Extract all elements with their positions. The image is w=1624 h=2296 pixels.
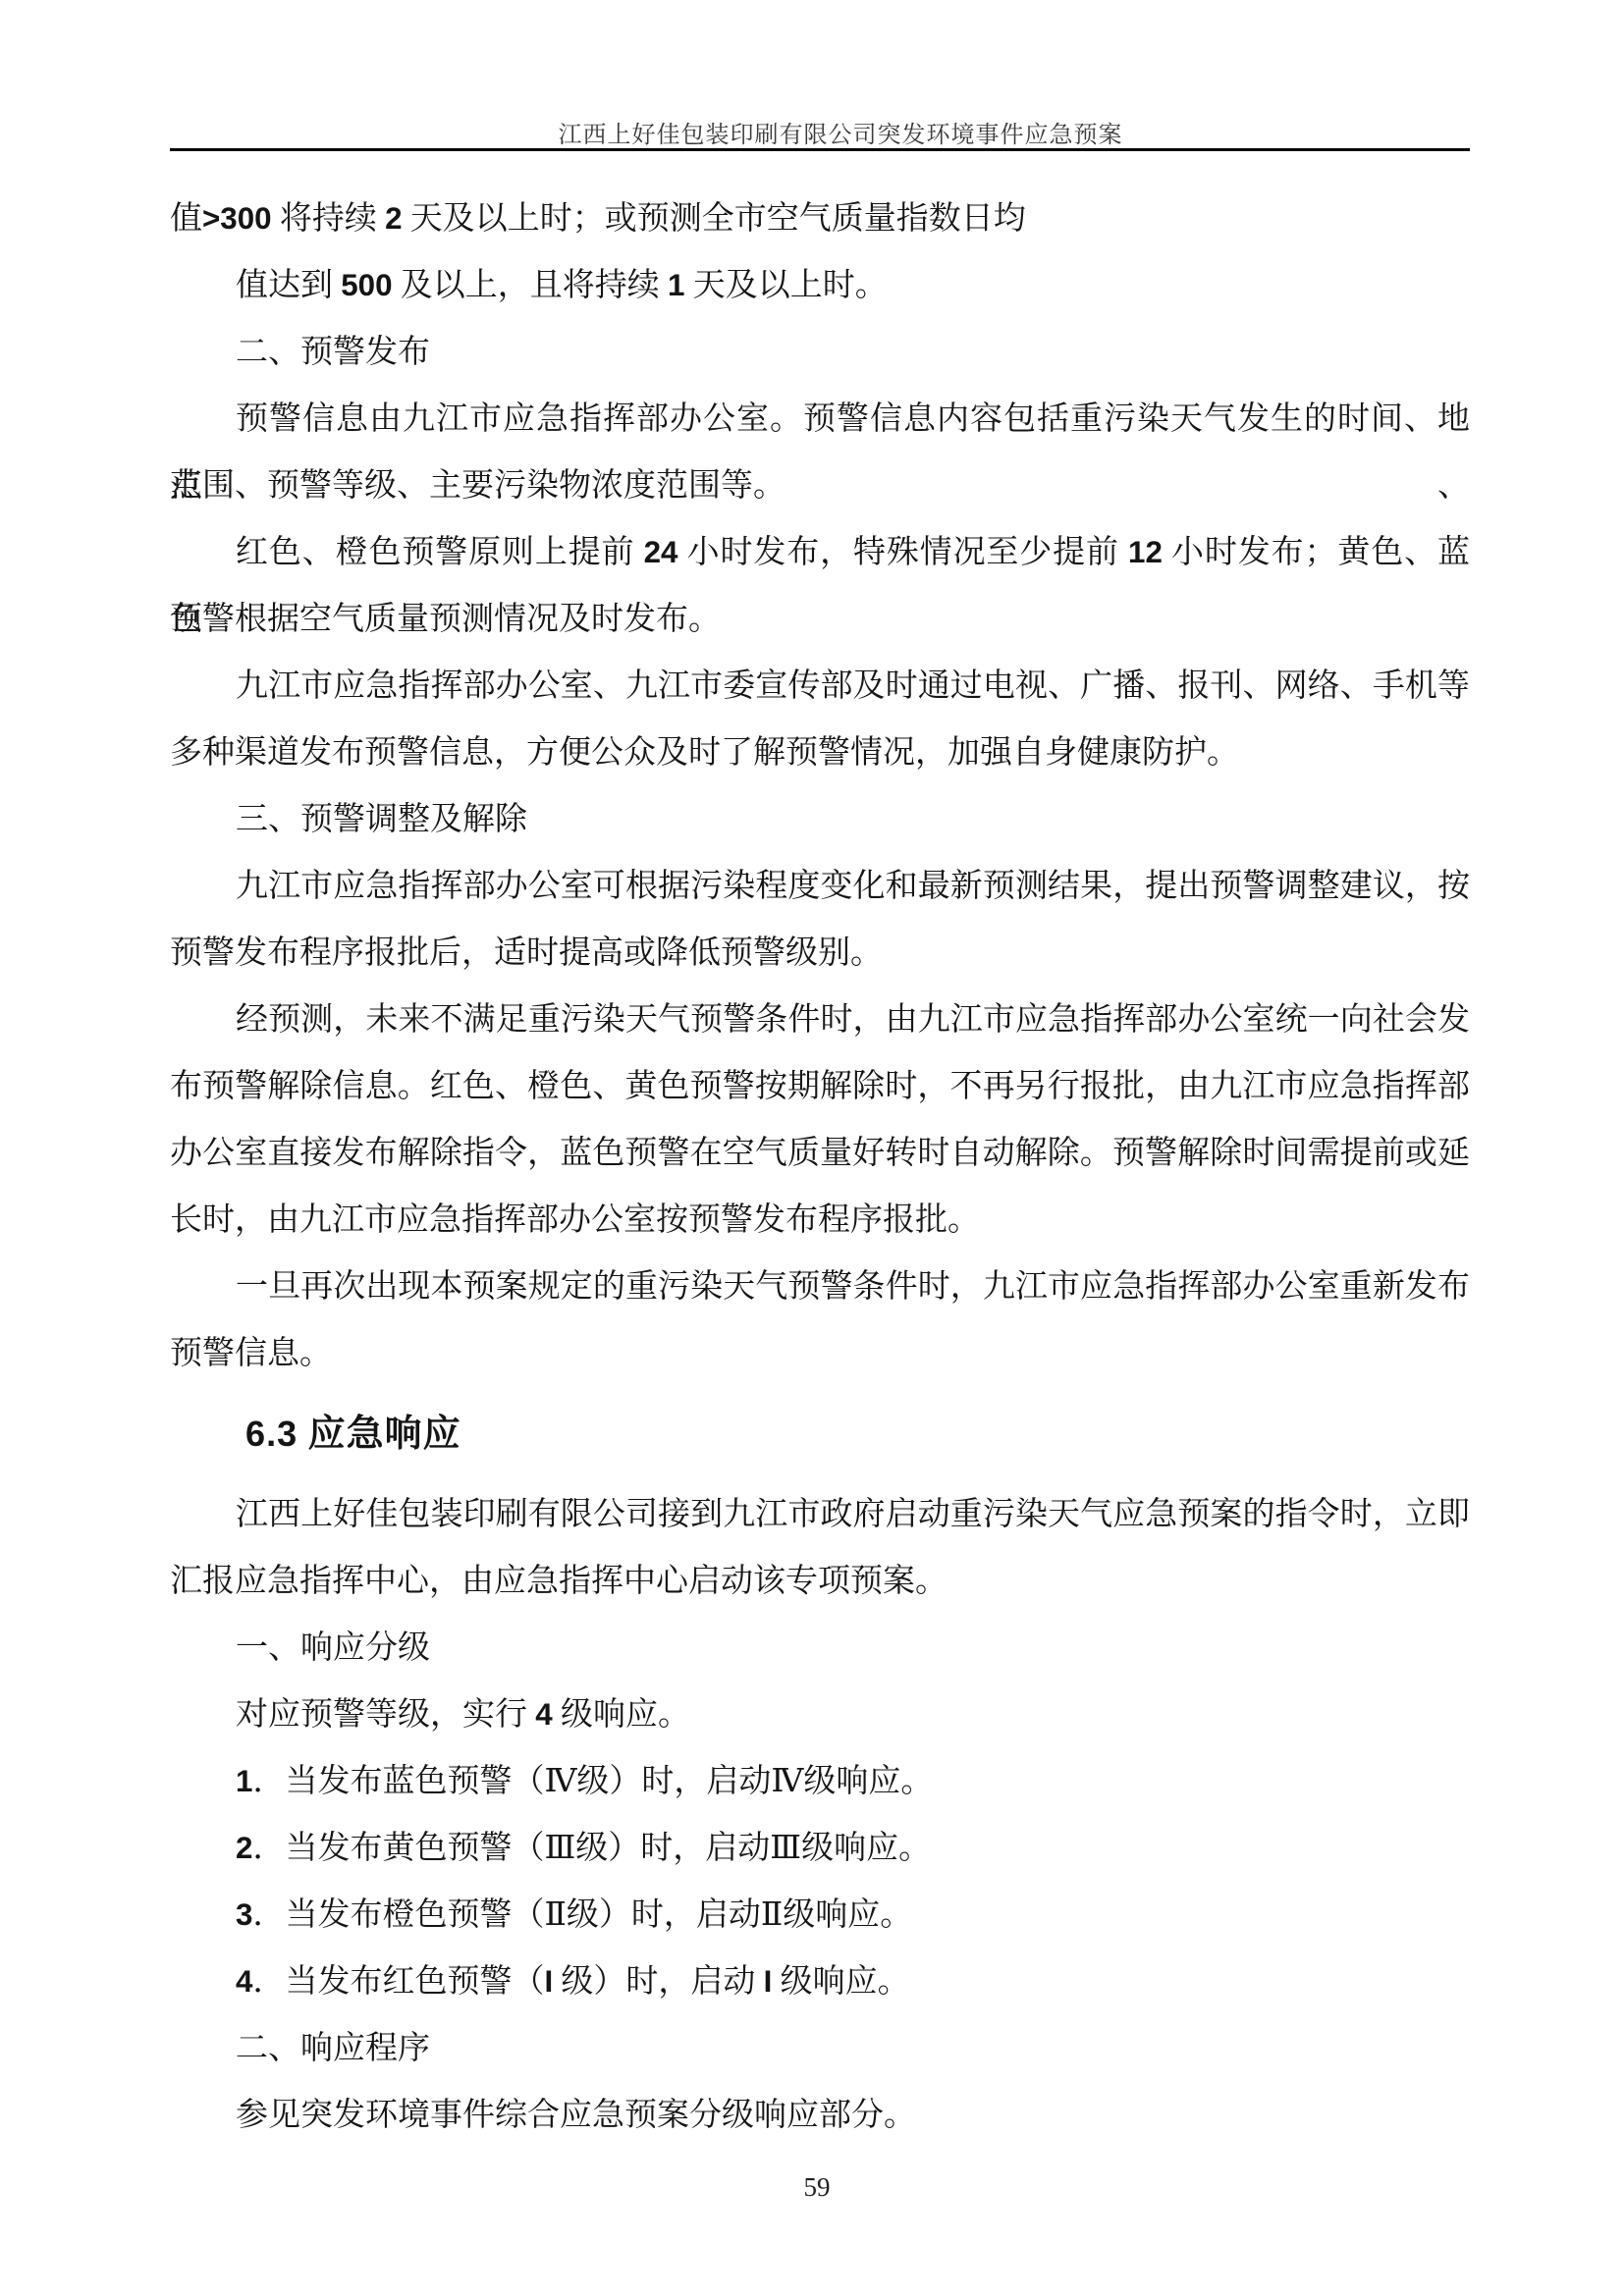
paragraph-line: 长时，由九江市应急指挥部办公室按预警发布程序报批。 [0, 1187, 1624, 1254]
list-item: 2．当发布黄色预警（Ⅲ级）时，启动Ⅲ级响应。 [0, 1815, 1624, 1882]
paragraph-line: 经预测，未来不满足重污染天气预警条件时，由九江市应急指挥部办公室统一向社会发 [0, 987, 1624, 1053]
paragraph-line: 值>300 将持续 2 天及以上时；或预测全市空气质量指数日均 [0, 186, 1624, 252]
paragraph-line: 值达到 500 及以上，且将持续 1 天及以上时。 [0, 252, 1624, 319]
paragraph-line: 参见突发环境事件综合应急预案分级响应部分。 [0, 2082, 1624, 2149]
page-number: 59 [0, 2172, 1624, 2203]
paragraph-line: 汇报应急指挥中心，由应急指挥中心启动该专项预案。 [0, 1548, 1624, 1615]
subsection-title: 三、预警调整及解除 [0, 786, 1624, 853]
page-header-title: 江西上好佳包装印刷有限公司突发环境事件应急预案 [0, 115, 1624, 149]
section-heading-6-3: 6.3 应急响应 [0, 1387, 1624, 1481]
subsection-title: 二、响应程序 [0, 2015, 1624, 2082]
paragraph-line: 九江市应急指挥部办公室可根据污染程度变化和最新预测结果，提出预警调整建议，按 [0, 853, 1624, 920]
paragraph-line: 多种渠道发布预警信息，方便公众及时了解预警情况，加强自身健康防护。 [0, 720, 1624, 786]
document-page: 江西上好佳包装印刷有限公司突发环境事件应急预案 值>300 将持续 2 天及以上… [0, 0, 1624, 2296]
paragraph-line: 红色、橙色预警原则上提前 24 小时发布，特殊情况至少提前 12 小时发布；黄色… [0, 519, 1624, 586]
list-item: 4．当发布红色预警（I 级）时，启动 I 级响应。 [0, 1949, 1624, 2015]
paragraph-line: 预警信息。 [0, 1320, 1624, 1387]
list-item: 3．当发布橙色预警（Ⅱ级）时，启动Ⅱ级响应。 [0, 1882, 1624, 1949]
paragraph-line: 预警根据空气质量预测情况及时发布。 [0, 586, 1624, 653]
paragraph-line: 布预警解除信息。红色、橙色、黄色预警按期解除时，不再另行报批，由九江市应急指挥部 [0, 1053, 1624, 1120]
paragraph-line: 办公室直接发布解除指令，蓝色预警在空气质量好转时自动解除。预警解除时间需提前或延 [0, 1120, 1624, 1187]
header-rule [170, 148, 1470, 151]
subsection-title: 一、响应分级 [0, 1615, 1624, 1682]
paragraph-line: 对应预警等级，实行 4 级响应。 [0, 1682, 1624, 1748]
list-item: 1．当发布蓝色预警（Ⅳ级）时，启动Ⅳ级响应。 [0, 1748, 1624, 1815]
paragraph-line: 江西上好佳包装印刷有限公司接到九江市政府启动重污染天气应急预案的指令时，立即 [0, 1481, 1624, 1548]
paragraph-line: 九江市应急指挥部办公室、九江市委宣传部及时通过电视、广播、报刊、网络、手机等 [0, 653, 1624, 720]
paragraph-line: 预警信息由九江市应急指挥部办公室。预警信息内容包括重污染天气发生的时间、地点、 [0, 386, 1624, 453]
paragraph-line: 一旦再次出现本预案规定的重污染天气预警条件时，九江市应急指挥部办公室重新发布 [0, 1254, 1624, 1320]
paragraph-line: 预警发布程序报批后，适时提高或降低预警级别。 [0, 920, 1624, 987]
subsection-title: 二、预警发布 [0, 319, 1624, 386]
document-body: 值>300 将持续 2 天及以上时；或预测全市空气质量指数日均 值达到 500 … [0, 186, 1624, 2149]
